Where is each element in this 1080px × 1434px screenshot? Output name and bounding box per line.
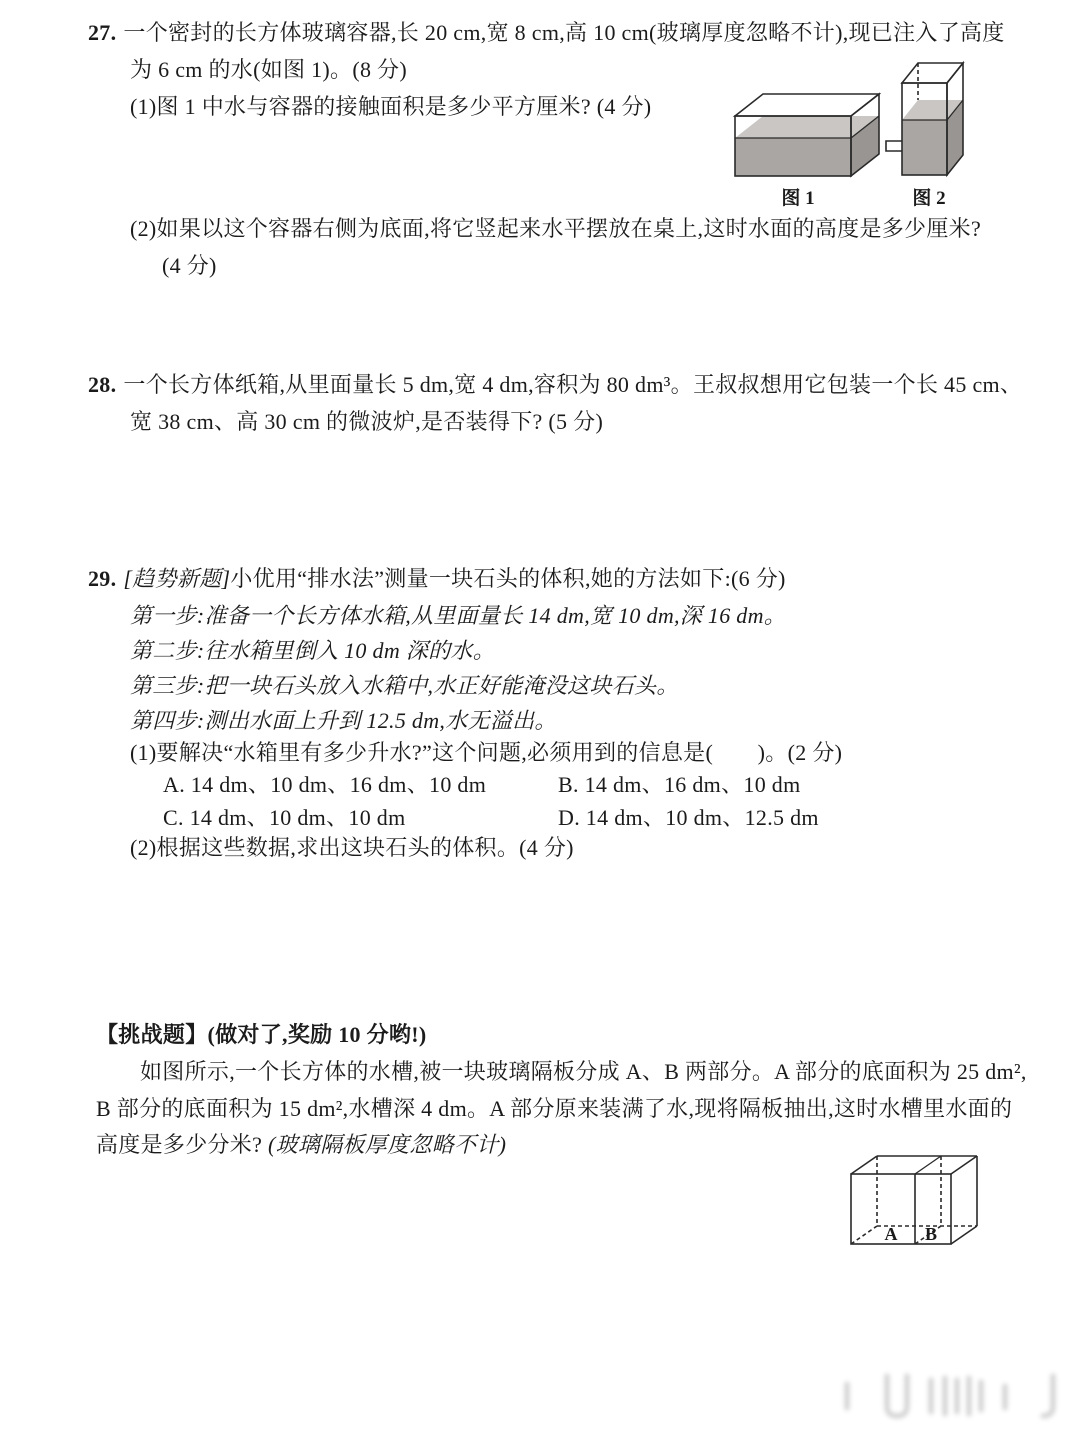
q29-option-a: A. 14 dm、10 dm、16 dm、10 dm xyxy=(163,770,486,800)
test-paper-page: 27.一个密封的长方体玻璃容器,长 20 cm,宽 8 cm,高 10 cm(玻… xyxy=(0,0,1080,1434)
tank2-top-outline xyxy=(902,63,963,83)
q27-figure: 图 1 图 2 xyxy=(723,58,993,210)
box-hidden-bottom-left-edge xyxy=(851,1226,877,1244)
section-b-label: B xyxy=(925,1224,937,1244)
box-bottom-right-edge xyxy=(951,1226,977,1244)
q28-line1-row: 28.一个长方体纸箱,从里面量长 5 dm,宽 4 dm,容积为 80 dm³。… xyxy=(88,370,1022,400)
section-a-label: A xyxy=(885,1224,898,1244)
challenge-line2: B 部分的底面积为 15 dm²,水槽深 4 dm。A 部分原来装满了水,现将隔… xyxy=(96,1094,1012,1124)
q29-option-b: B. 14 dm、16 dm、10 dm xyxy=(558,770,801,800)
tank1-top-outline xyxy=(735,94,879,116)
q29-step-2: 第二步:往水箱里倒入 10 dm 深的水。 xyxy=(130,636,495,666)
challenge-line3-row: 高度是多少分米? (玻璃隔板厚度忽略不计) xyxy=(96,1130,506,1160)
q27-part1: (1)图 1 中水与容器的接触面积是多少平方厘米? (4 分) xyxy=(130,92,651,122)
q29-step-4: 第四步:测出水面上升到 12.5 dm,水无溢出。 xyxy=(130,706,557,736)
challenge-line1: 如图所示,一个长方体的水槽,被一块玻璃隔板分成 A、B 两部分。A 部分的底面积… xyxy=(140,1057,1027,1087)
q29-part2: (2)根据这些数据,求出这块石头的体积。(4 分) xyxy=(130,833,574,863)
figure1-label: 图 1 xyxy=(781,187,814,209)
q27-line2: 为 6 cm 的水(如图 1)。(8 分) xyxy=(130,55,407,85)
figure2-label: 图 2 xyxy=(912,187,945,209)
q28-number: 28. xyxy=(88,372,116,397)
challenge-line3: 高度是多少分米? xyxy=(96,1132,268,1157)
q29-option-d: D. 14 dm、10 dm、12.5 dm xyxy=(558,803,819,833)
q29-intro: 小优用“排水法”测量一块石头的体积,她的方法如下:(6 分) xyxy=(230,566,785,591)
q27-line1: 一个密封的长方体玻璃容器,长 20 cm,宽 8 cm,高 10 cm(玻璃厚度… xyxy=(123,20,1004,45)
watermark xyxy=(835,1368,1080,1426)
q29-part1: (1)要解决“水箱里有多少升水?”这个问题,必须用到的信息是( )。(2 分) xyxy=(130,738,842,768)
q28-line2: 宽 38 cm、高 30 cm 的微波炉,是否装得下? (5 分) xyxy=(130,407,603,437)
q29-step-3: 第三步:把一块石头放入水箱中,水正好能淹没这块石头。 xyxy=(130,671,679,701)
divider-top-edge xyxy=(915,1156,941,1174)
q27-line1-row: 27.一个密封的长方体玻璃容器,长 20 cm,宽 8 cm,高 10 cm(玻… xyxy=(88,18,1005,48)
watermark-strokes xyxy=(847,1376,1053,1416)
challenge-line3-note: (玻璃隔板厚度忽略不计) xyxy=(268,1132,506,1157)
challenge-figure: A B xyxy=(843,1148,993,1260)
figure2-vertical-tank: 图 2 xyxy=(902,63,963,209)
box-top-right-edge xyxy=(951,1156,977,1174)
q29-number: 29. xyxy=(88,566,116,591)
challenge-title: 【挑战题】(做对了,奖励 10 分哟!) xyxy=(96,1020,426,1050)
water-front-face xyxy=(735,138,851,176)
q29-option-c: C. 14 dm、10 dm、10 dm xyxy=(163,803,406,833)
q27-part2-score: (4 分) xyxy=(162,251,217,281)
q28-line1: 一个长方体纸箱,从里面量长 5 dm,宽 4 dm,容积为 80 dm³。王叔叔… xyxy=(123,372,1022,397)
box-top-left-edge xyxy=(851,1156,877,1174)
q27-part2: (2)如果以这个容器右侧为底面,将它竖起来水平摆放在桌上,这时水面的高度是多少厘… xyxy=(130,214,981,244)
q29-header-row: 29.[趋势新题]小优用“排水法”测量一块石头的体积,她的方法如下:(6 分) xyxy=(88,564,786,594)
q29-step-1: 第一步:准备一个长方体水箱,从里面量长 14 dm,宽 10 dm,深 16 d… xyxy=(130,601,786,631)
figure1-horizontal-tank: 图 1 xyxy=(735,94,879,209)
water-front-face-2 xyxy=(902,120,947,175)
q27-number: 27. xyxy=(88,20,116,45)
q29-tag: [趋势新题] xyxy=(123,566,230,591)
